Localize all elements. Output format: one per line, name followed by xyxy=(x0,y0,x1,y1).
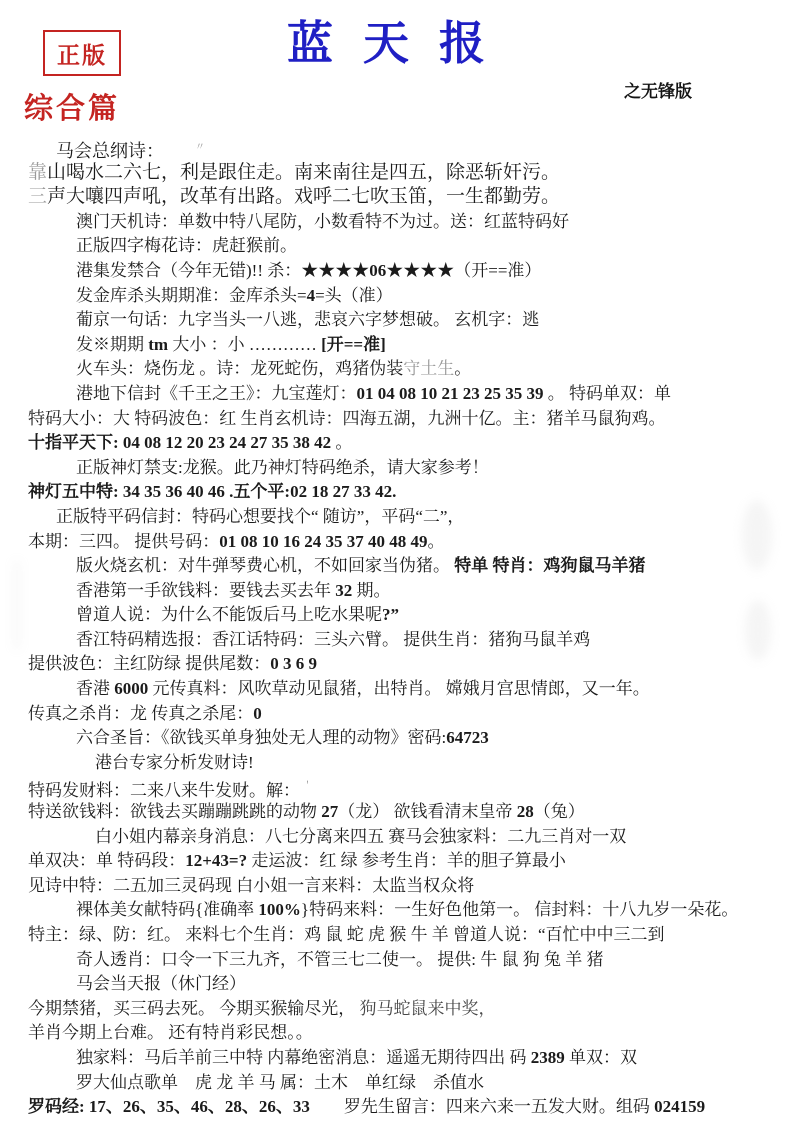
text-segment: }特码来料：一生好色他第一。 信封料：十八九岁一朵花。 xyxy=(301,900,738,919)
text-segment: 。 xyxy=(428,532,445,551)
text-line: 正版特平码信封：特码心想要找个“ 随访”，平码“二”， xyxy=(0,505,793,530)
text-segment: 发※期期 xyxy=(76,335,148,354)
text-segment: 三 xyxy=(28,186,47,207)
text-line: 马会当天报（休门经） xyxy=(0,972,793,997)
text-segment: 6000 xyxy=(114,679,148,698)
text-segment: ?” xyxy=(382,605,399,624)
text-line: 火车头：烧伤龙 。诗：龙死蛇伤，鸡猪伪装守土生。 xyxy=(0,357,793,382)
text-segment: 正版特平码信封：特码心想要找个“ 随访”，平码“二”， xyxy=(56,507,464,526)
text-line: 港集发禁合（今年无错)!! 杀：★★★★06★★★★（开==准） xyxy=(0,259,793,284)
text-segment: 100% xyxy=(258,900,301,919)
text-line: 香江特码精选报：香江话特码：三头六臂。 提供生肖：猪狗马鼠羊鸡 xyxy=(0,628,793,653)
text-segment: 。 xyxy=(454,359,471,378)
text-line: 发※期期 tm 大小 ：小 ………… [开==准] xyxy=(0,333,793,358)
text-segment: 17、26、35、46、28、26、33 xyxy=(89,1097,310,1116)
text-segment: 正版神灯禁支:龙猴。此乃神灯特码绝杀，请大家参考！ xyxy=(76,458,489,477)
text-line: 见诗中特：二五加三灵码现 白小姐一言来料：太监当权众将 xyxy=(0,874,793,899)
text-segment: 狗马蛇鼠来中奖， xyxy=(360,999,496,1018)
text-line: 特主：绿、防：红。 来料七个生肖：鸡 鼠 蛇 虎 猴 牛 羊 曾道人说：“百忙中… xyxy=(0,923,793,948)
text-line: 特码发财料：二来八来牛发财。解： ＇ xyxy=(0,775,793,800)
text-segment: 葡京一句话：九字当头一八逃，悲哀六字梦想破。 玄机字：逃 xyxy=(76,310,539,329)
text-line: 六合圣旨：《欲钱买单身独处无人理的动物》密码:64723 xyxy=(0,726,793,751)
text-segment: 元传真料：风吹草动见鼠猪，出特肖。 嫦娥月宫思情郎，又一年。 xyxy=(148,679,650,698)
page-title: 蓝天报 xyxy=(287,16,515,71)
content-lines: 马会总纲诗： 〃靠山喝水二六七，利是跟住走。南来南往是四五，除恶斩奸污。三声大嚷… xyxy=(0,136,793,1120)
text-segment: ＇ xyxy=(300,781,313,792)
text-line: 提供波色：主红防绿 提供尾数：0 3 6 9 xyxy=(0,652,793,677)
text-segment: 白小姐内幕亲身消息：八七分离来四五 赛马会独家料：二九三肖对一双 xyxy=(95,827,626,846)
text-segment: 0 3 6 9 xyxy=(270,654,317,673)
text-segment: 守土生 xyxy=(403,359,454,378)
text-segment: 马会总纲诗： xyxy=(56,141,155,161)
text-segment: 港台专家分析发财诗! xyxy=(95,753,254,772)
text-segment: 期。 xyxy=(352,581,390,600)
text-segment: 羊肖今期上台难。 还有特肖彩民想。。 xyxy=(28,1023,313,1042)
text-segment: [开==准] xyxy=(321,335,386,354)
text-segment: 28 xyxy=(517,802,534,821)
text-segment: 单双：双 xyxy=(565,1048,637,1067)
section-title: 综合篇 xyxy=(24,86,120,127)
edition-label: 之无锋版 xyxy=(624,77,692,102)
text-segment: 见诗中特：二五加三灵码现 白小姐一言来料：太监当权众将 xyxy=(28,876,474,895)
text-segment: 六合圣旨：《欲钱买单身独处无人理的动物》密码: xyxy=(76,728,446,747)
text-segment: 澳门天机诗：单数中特八尾防，小数看特不为过。送：红蓝特码好 xyxy=(76,212,569,231)
text-segment: 〃 xyxy=(155,142,205,153)
text-segment: 声大嚷四声吼，改革有出路。戏呼二七吹玉笛，一生都勤劳。 xyxy=(47,186,560,207)
text-segment: 4 xyxy=(307,286,316,305)
text-segment: 2389 xyxy=(531,1048,565,1067)
text-segment: 香港 xyxy=(76,679,114,698)
text-line: 特码大小：大 特码波色：红 生肖玄机诗：四海五湖，九洲十亿。主：猪羊马鼠狗鸡。 xyxy=(0,407,793,432)
text-line: 罗大仙点歌单 虎 龙 羊 马 属：土木 单红绿 杀值水 xyxy=(0,1071,793,1096)
text-segment: 罗先生留言：四来六来一五发大财。组码 xyxy=(310,1097,654,1116)
text-segment: 裸体美女献特码{准确率 xyxy=(76,900,258,919)
text-line: 今期禁猪，买三码去死。 今期买猴输尽光， 狗马蛇鼠来中奖， xyxy=(0,997,793,1022)
text-line: 港地下信封《千王之王》：九宝莲灯：01 04 08 10 21 23 25 35… xyxy=(0,382,793,407)
text-segment: 06 xyxy=(369,261,386,280)
text-segment: 04 08 12 20 23 24 27 35 38 42 xyxy=(123,433,331,452)
text-segment: 单双决：单 特码段： xyxy=(28,851,185,870)
text-line: 神灯五中特: 34 35 36 40 46 .五个平:02 18 27 33 4… xyxy=(0,480,793,505)
text-line: 发金库杀头期期准：金库杀头=4=头（准） xyxy=(0,284,793,309)
text-segment: 32 xyxy=(335,581,352,600)
text-segment: 0 xyxy=(253,704,262,723)
text-line: 白小姐内幕亲身消息：八七分离来四五 赛马会独家料：二九三肖对一双 xyxy=(0,825,793,850)
text-segment: 12+43=? xyxy=(185,851,247,870)
text-segment: 。 xyxy=(331,433,352,452)
text-line: 靠山喝水二六七，利是跟住走。南来南往是四五，除恶斩奸污。 xyxy=(0,161,793,186)
text-segment: 马会当天报（休门经） xyxy=(76,974,246,993)
text-line: 羊肖今期上台难。 还有特肖彩民想。。 xyxy=(0,1021,793,1046)
text-line: 传真之杀肖：龙 传真之杀尾：0 xyxy=(0,702,793,727)
text-segment: 罗大仙点歌单 虎 龙 羊 马 属：土木 单红绿 杀值水 xyxy=(76,1073,484,1092)
text-line: 裸体美女献特码{准确率 100%}特码来料：一生好色他第一。 信封料：十八九岁一… xyxy=(0,898,793,923)
text-segment: 十指平天下: xyxy=(28,433,123,452)
text-segment: ★★★★（开==准） xyxy=(386,261,541,280)
text-segment: （兔） xyxy=(534,802,585,821)
scan-artifact xyxy=(745,600,771,660)
text-line: 版火烧玄机：对牛弹琴费心机，不如回家当伪猪。 特单 特肖：鸡狗鼠马羊猪 xyxy=(0,554,793,579)
text-segment: 27 xyxy=(321,802,338,821)
text-segment: 024159 xyxy=(654,1097,705,1116)
text-segment: 今期禁猪，买三码去死。 今期买猴输尽光， xyxy=(28,999,360,1018)
text-segment: 港地下信封《千王之王》：九宝莲灯： xyxy=(76,384,357,403)
text-segment: 独家料：马后羊前三中特 内幕绝密消息：遥遥无期待四出 码 xyxy=(76,1048,531,1067)
text-segment: 01 08 10 16 24 35 37 40 48 49 xyxy=(219,532,427,551)
scan-artifact xyxy=(742,500,772,570)
text-segment: =头（准） xyxy=(315,286,393,305)
text-segment: 特主：绿、防：红。 来料七个生肖：鸡 鼠 蛇 虎 猴 牛 羊 曾道人说：“百忙中… xyxy=(28,925,665,944)
text-line: 葡京一句话：九字当头一八逃，悲哀六字梦想破。 玄机字：逃 xyxy=(0,308,793,333)
text-segment: 特码发财料：二来八来牛发财。解： xyxy=(28,781,300,800)
text-segment: tm xyxy=(148,335,168,354)
text-line: 特送欲钱料：欲钱去买蹦蹦跳跳的动物 27（龙） 欲钱看清末皇帝 28（兔） xyxy=(0,800,793,825)
genuine-edition-badge: 正版 xyxy=(43,30,121,76)
text-segment: 版火烧玄机：对牛弹琴费心机，不如回家当伪猪。 xyxy=(76,556,454,575)
text-line: 香港第一手欲钱料：要钱去买去年 32 期。 xyxy=(0,579,793,604)
text-segment: 走运波：红 绿 参考生肖：羊的胆子算最小 xyxy=(247,851,566,870)
text-segment: 靠 xyxy=(28,162,47,183)
text-segment: 火车头：烧伤龙 。诗：龙死蛇伤，鸡猪伪装 xyxy=(76,359,403,378)
text-segment: 64723 xyxy=(446,728,489,747)
text-line: 三声大嚷四声吼，改革有出路。戏呼二七吹玉笛，一生都勤劳。 xyxy=(0,185,793,210)
scan-artifact xyxy=(14,560,20,650)
text-segment: 奇人透肖：口令一下三九齐，不管三七二使一。 提供: 牛 鼠 狗 兔 羊 猪 xyxy=(76,950,603,969)
text-segment: 香港第一手欲钱料：要钱去买去年 xyxy=(76,581,335,600)
text-segment: 香江特码精选报：香江话特码：三头六臂。 提供生肖：猪狗马鼠羊鸡 xyxy=(76,630,590,649)
text-line: 港台专家分析发财诗! xyxy=(0,751,793,776)
text-line: 十指平天下: 04 08 12 20 23 24 27 35 38 42 。 xyxy=(0,431,793,456)
text-segment: 。 特码单双：单 xyxy=(544,384,672,403)
text-segment: 山喝水二六七，利是跟住走。南来南往是四五，除恶斩奸污。 xyxy=(47,162,560,183)
text-segment: 特码大小：大 特码波色：红 生肖玄机诗：四海五湖，九洲十亿。主：猪羊马鼠狗鸡。 xyxy=(28,409,666,428)
text-line: 本期：三四。 提供号码：01 08 10 16 24 35 37 40 48 4… xyxy=(0,530,793,555)
text-segment: 传真之杀肖：龙 传真之杀尾： xyxy=(28,704,253,723)
text-line: 奇人透肖：口令一下三九齐，不管三七二使一。 提供: 牛 鼠 狗 兔 羊 猪 xyxy=(0,948,793,973)
text-segment: （龙） 欲钱看清末皇帝 xyxy=(338,802,517,821)
text-line: 马会总纲诗： 〃 xyxy=(0,136,793,161)
text-segment: 罗码经: xyxy=(28,1097,89,1116)
text-segment: 特单 特肖：鸡狗鼠马羊猪 xyxy=(454,556,645,575)
text-segment: 曾道人说：为什么不能饭后马上吃水果呢 xyxy=(76,605,382,624)
text-line: 单双决：单 特码段：12+43=? 走运波：红 绿 参考生肖：羊的胆子算最小 xyxy=(0,849,793,874)
text-segment: 发金库杀头期期准：金库杀头= xyxy=(76,286,307,305)
text-line: 正版神灯禁支:龙猴。此乃神灯特码绝杀，请大家参考！ xyxy=(0,456,793,481)
lantian-report-page: 正版 蓝天报 之无锋版 综合篇 马会总纲诗： 〃靠山喝水二六七，利是跟住走。南来… xyxy=(0,0,793,1122)
text-line: 正版四字梅花诗：虎赶猴前。 xyxy=(0,234,793,259)
text-line: 罗码经: 17、26、35、46、28、26、33 罗先生留言：四来六来一五发大… xyxy=(0,1095,793,1120)
text-line: 独家料：马后羊前三中特 内幕绝密消息：遥遥无期待四出 码 2389 单双：双 xyxy=(0,1046,793,1071)
text-line: 香港 6000 元传真料：风吹草动见鼠猪，出特肖。 嫦娥月宫思情郎，又一年。 xyxy=(0,677,793,702)
text-line: 澳门天机诗：单数中特八尾防，小数看特不为过。送：红蓝特码好 xyxy=(0,210,793,235)
text-line: 曾道人说：为什么不能饭后马上吃水果呢?” xyxy=(0,603,793,628)
text-segment: 神灯五中特: 34 35 36 40 46 .五个平:02 18 27 33 4… xyxy=(28,482,396,501)
text-segment: 正版四字梅花诗：虎赶猴前。 xyxy=(76,236,297,255)
text-segment: 01 04 08 10 21 23 25 35 39 xyxy=(357,384,544,403)
text-segment: 特送欲钱料：欲钱去买蹦蹦跳跳的动物 xyxy=(28,802,321,821)
text-segment: 本期：三四。 提供号码： xyxy=(28,532,219,551)
text-segment: 港集发禁合（今年无错)!! 杀：★★★★ xyxy=(76,261,369,280)
text-segment: 提供波色：主红防绿 提供尾数： xyxy=(28,654,270,673)
text-segment: 大小 ：小 ………… xyxy=(168,335,321,354)
